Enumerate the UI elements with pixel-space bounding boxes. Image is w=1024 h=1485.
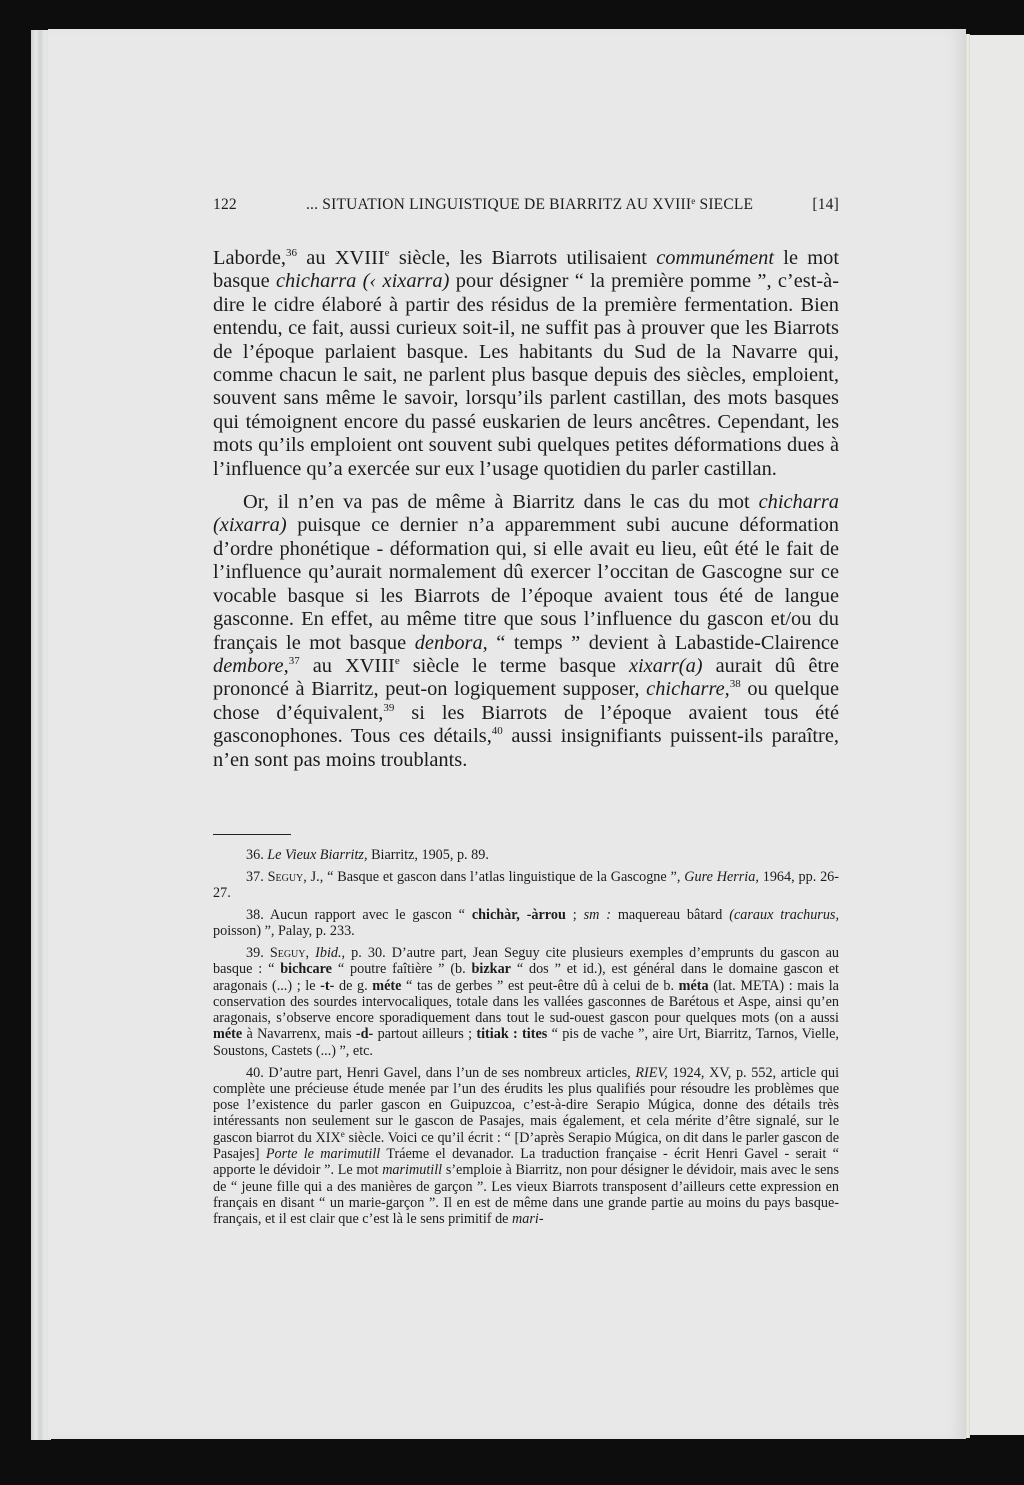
footnote-separator <box>213 834 291 835</box>
footnotes: 36. Le Vieux Biarritz, Biarritz, 1905, p… <box>213 847 839 1233</box>
footnote-ref[interactable]: 39 <box>383 702 394 714</box>
footnote-38: 38. Aucun rapport avec le gascon “ chich… <box>213 907 839 940</box>
footnote-ref[interactable]: 40 <box>492 725 503 737</box>
footnote-40: 40. D’autre part, Henri Gavel, dans l’un… <box>213 1065 839 1228</box>
running-head: 122 ... SITUATION LINGUISTIQUE DE BIARRI… <box>213 196 839 214</box>
footnote-ref[interactable]: 37 <box>289 655 300 667</box>
page-number: 122 <box>213 196 237 214</box>
footnote-ref[interactable]: 36 <box>286 247 297 259</box>
paragraph: Laborde,36 au XVIIIe siècle, les Biarrot… <box>213 247 839 481</box>
footnote-36: 36. Le Vieux Biarritz, Biarritz, 1905, p… <box>213 847 839 863</box>
running-title: ... SITUATION LINGUISTIQUE DE BIARRITZ A… <box>237 196 813 214</box>
footnote-39: 39. Seguy, Ibid., p. 30. D’autre part, J… <box>213 945 839 1059</box>
footnote-ref[interactable]: 38 <box>730 678 741 690</box>
section-marker: [14] <box>812 196 839 214</box>
facing-page-edge <box>970 35 1024 1435</box>
footnote-37: 37. Seguy, J., “ Basque et gascon dans l… <box>213 869 839 902</box>
body-text: Laborde,36 au XVIIIe siècle, les Biarrot… <box>213 247 839 772</box>
paragraph: Or, il n’en va pas de même à Biarritz da… <box>213 491 839 772</box>
